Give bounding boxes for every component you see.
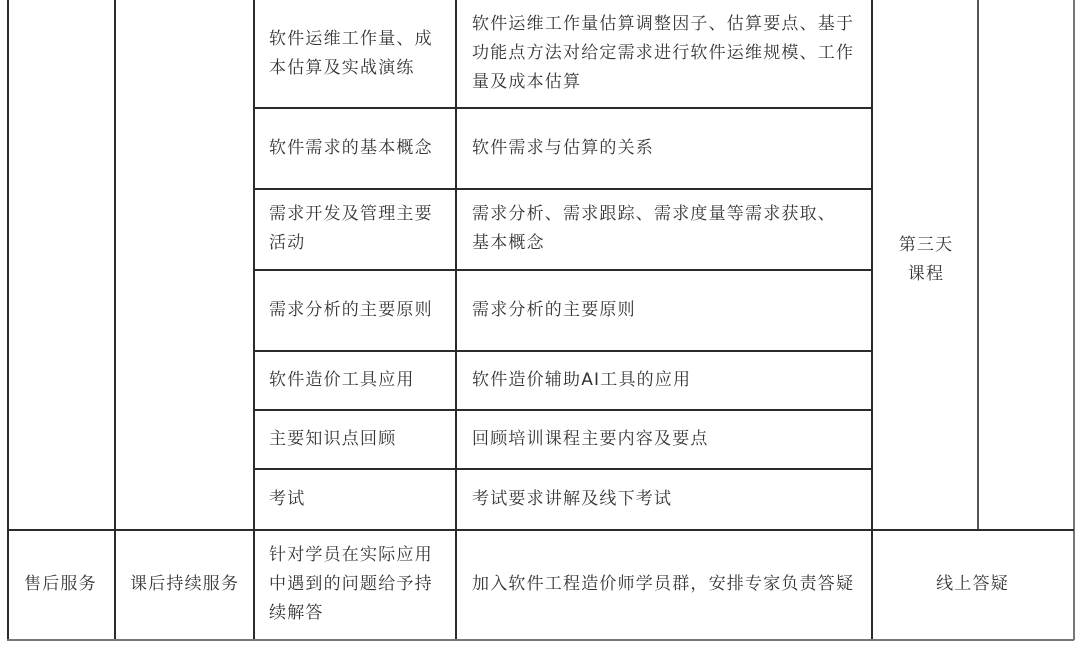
after-sales-subcategory-cell: 课后持续服务: [130, 530, 242, 639]
after-sales-category: 售后服务: [24, 570, 97, 599]
border-right: [1073, 0, 1075, 640]
after-sales-content-cell: 加入软件工程造价师学员群，安排专家负责答疑: [472, 530, 864, 639]
content-cell: 需求分析的主要原则: [472, 270, 864, 350]
topic-cell: 软件造价工具应用: [269, 351, 449, 409]
content-cell: 考试要求讲解及线下考试: [472, 469, 864, 529]
topic-text: 需求分析的主要原则: [269, 296, 433, 325]
content-cell: 软件需求与估算的关系: [472, 108, 864, 188]
after-sales-category-cell: 售后服务: [24, 530, 99, 639]
content-text: 需求分析的主要原则: [472, 296, 636, 325]
col-divider-3: [455, 0, 457, 640]
schedule-label: 第三天课程: [893, 231, 959, 289]
topic-text: 主要知识点回顾: [269, 425, 396, 454]
content-text: 考试要求讲解及线下考试: [472, 485, 672, 514]
border-bottom: [7, 639, 1074, 641]
content-text: 回顾培训课程主要内容及要点: [472, 425, 709, 454]
after-sales-topic-cell: 针对学员在实际应用中遇到的问题给予持续解答: [269, 530, 441, 639]
topic-text: 软件运维工作量、成本估算及实战演练: [269, 25, 441, 83]
topic-cell: 需求开发及管理主要活动: [269, 189, 441, 269]
schedule-label-cell: 第三天课程: [893, 220, 959, 300]
content-cell: 回顾培训课程主要内容及要点: [472, 410, 864, 468]
content-text: 软件需求与估算的关系: [472, 134, 654, 163]
topic-text: 需求开发及管理主要活动: [269, 200, 441, 258]
after-sales-topic: 针对学员在实际应用中遇到的问题给予持续解答: [269, 541, 441, 628]
topic-text: 考试: [269, 485, 305, 514]
content-text: 软件运维工作量估算调整因子、估算要点、基于功能点方法对给定需求进行软件运维规模、…: [472, 10, 864, 97]
content-text: 需求分析、需求跟踪、需求度量等需求获取、基本概念: [472, 200, 844, 258]
topic-cell: 软件需求的基本概念: [269, 108, 441, 188]
content-cell: 软件造价辅助AI工具的应用: [472, 351, 864, 409]
content-text: 软件造价辅助AI工具的应用: [472, 366, 691, 395]
topic-cell: 软件运维工作量、成本估算及实战演练: [269, 0, 441, 107]
after-sales-mode: 线上答疑: [936, 570, 1009, 599]
after-sales-content: 加入软件工程造价师学员群，安排专家负责答疑: [472, 570, 854, 599]
topic-text: 软件需求的基本概念: [269, 134, 433, 163]
topic-cell: 主要知识点回顾: [269, 410, 449, 468]
content-cell: 需求分析、需求跟踪、需求度量等需求获取、基本概念: [472, 189, 844, 269]
topic-text: 软件造价工具应用: [269, 366, 415, 395]
border-left: [7, 0, 9, 640]
col-divider-2: [253, 0, 255, 640]
after-sales-subcategory: 课后持续服务: [130, 570, 239, 599]
course-schedule-table: 软件运维工作量、成本估算及实战演练 软件运维工作量估算调整因子、估算要点、基于功…: [0, 0, 1080, 646]
col-divider-1: [114, 0, 116, 640]
topic-cell: 需求分析的主要原则: [269, 270, 441, 350]
content-cell: 软件运维工作量估算调整因子、估算要点、基于功能点方法对给定需求进行软件运维规模、…: [472, 0, 864, 107]
col-divider-5: [977, 0, 979, 529]
after-sales-mode-cell: 线上答疑: [872, 530, 1073, 639]
topic-cell: 考试: [269, 469, 449, 529]
